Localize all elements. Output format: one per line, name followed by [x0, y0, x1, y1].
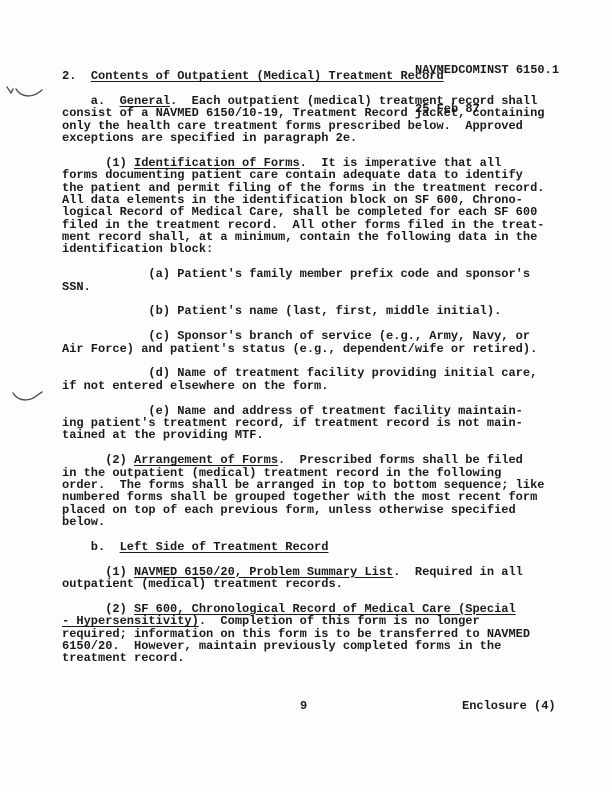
body-line: Air Force) and patient's status (e.g., d… [62, 343, 562, 355]
body-line: 2. Contents of Outpatient (Medical) Trea… [62, 70, 562, 82]
handwritten-mark-left-margin [10, 386, 46, 408]
body-line: if not entered elsewhere on the form. [62, 380, 562, 392]
body-line: placed on top of each previous form, unl… [62, 504, 562, 516]
body-line: (b) Patient's name (last, first, middle … [62, 305, 562, 317]
document-body: 2. Contents of Outpatient (Medical) Trea… [62, 70, 562, 665]
body-line: identification block: [62, 243, 562, 255]
enclosure-label: Enclosure (4) [462, 699, 556, 713]
body-line: treatment record. [62, 652, 562, 664]
body-line: below. [62, 516, 562, 528]
document-page: NAVMEDCOMINST 6150.1 25 Feb 87 2. Conten… [0, 0, 612, 792]
page-number: 9 [300, 699, 307, 713]
handwritten-mark-top-left [4, 82, 48, 104]
body-line: tained at the providing MTF. [62, 429, 562, 441]
body-line: SSN. [62, 281, 562, 293]
body-line: outpatient (medical) treatment records. [62, 578, 562, 590]
body-line: b. Left Side of Treatment Record [62, 541, 562, 553]
body-line: (a) Patient's family member prefix code … [62, 268, 562, 280]
body-line: exceptions are specified in paragraph 2e… [62, 132, 562, 144]
